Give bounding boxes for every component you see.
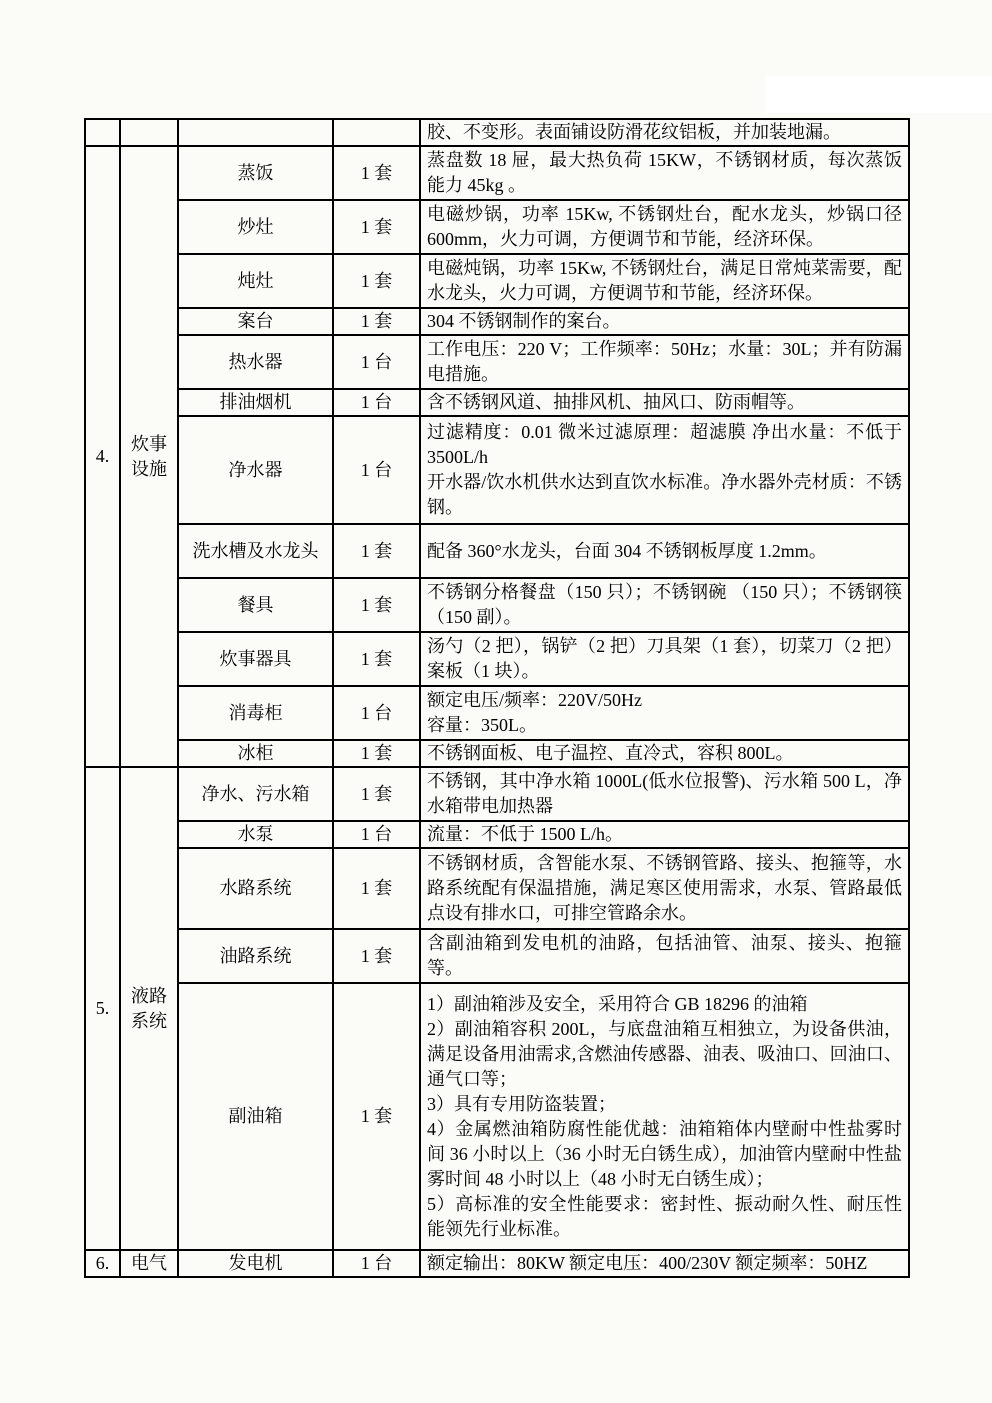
spec-row: 热水器1 台工作电压：220 V；工作频率：50Hz；水量：30L；并有防漏电措… (85, 335, 909, 389)
spec-row: 洗水槽及水龙头1 套配备 360°水龙头，台面 304 不锈钢板厚度 1.2mm… (85, 524, 909, 578)
category-cell (120, 119, 178, 146)
category-cell: 电气 (120, 1250, 178, 1277)
item-name-cell: 炖灶 (178, 254, 333, 308)
spec-row: 水泵1 台流量：不低于 1500 L/h。 (85, 821, 909, 848)
description-cell: 额定输出：80KW 额定电压：400/230V 额定频率：50HZ (420, 1250, 909, 1277)
item-name-cell: 发电机 (178, 1250, 333, 1277)
quantity-cell: 1 套 (333, 632, 420, 686)
spec-row: 案台1 套304 不锈钢制作的案台。 (85, 308, 909, 335)
quantity-cell: 1 套 (333, 848, 420, 929)
description-cell: 不锈钢分格餐盘（150 只）；不锈钢碗 （150 只）；不锈钢筷 （150 副）… (420, 578, 909, 632)
item-name-cell: 副油箱 (178, 983, 333, 1250)
spec-row: 油路系统1 套含副油箱到发电机的油路，包括油管、油泵、接头、抱箍等。 (85, 929, 909, 983)
item-name-cell (178, 119, 333, 146)
item-name-cell: 水路系统 (178, 848, 333, 929)
quantity-cell: 1 套 (333, 200, 420, 254)
quantity-cell: 1 台 (333, 686, 420, 740)
item-name-cell: 消毒柜 (178, 686, 333, 740)
item-name-cell: 净水器 (178, 416, 333, 524)
spec-row: 排油烟机1 台含不锈钢风道、抽排风机、抽风口、防雨帽等。 (85, 389, 909, 416)
description-cell: 不锈钢面板、电子温控、直冷式，容积 800L。 (420, 740, 909, 767)
item-name-cell: 案台 (178, 308, 333, 335)
description-cell: 电磁炒锅，功率 15Kw, 不锈钢灶台，配水龙头，炒锅口径 600mm，火力可调… (420, 200, 909, 254)
description-cell: 1）副油箱涉及安全，采用符合 GB 18296 的油箱 2）副油箱容积 200L… (420, 983, 909, 1250)
quantity-cell (333, 119, 420, 146)
quantity-cell: 1 台 (333, 1250, 420, 1277)
row-number-cell: 6. (85, 1250, 120, 1277)
spec-row: 水路系统1 套不锈钢材质，含智能水泵、不锈钢管路、接头、抱箍等，水路系统配有保温… (85, 848, 909, 929)
spec-row: 净水器1 台过滤精度：0.01 微米过滤原理：超滤膜 净出水量：不低于 3500… (85, 416, 909, 524)
equipment-spec-table: 胶、不变形。表面铺设防滑花纹铝板，并加装地漏。4.炊事 设施蒸饭1 套蒸盘数 1… (84, 118, 910, 1278)
description-cell: 304 不锈钢制作的案台。 (420, 308, 909, 335)
description-cell: 汤勺（2 把），锅铲（2 把）刀具架（1 套），切菜刀（2 把）案板（1 块）。 (420, 632, 909, 686)
spec-row: 消毒柜1 台额定电压/频率：220V/50Hz 容量：350L。 (85, 686, 909, 740)
quantity-cell: 1 套 (333, 929, 420, 983)
quantity-cell: 1 台 (333, 416, 420, 524)
spec-row: 餐具1 套不锈钢分格餐盘（150 只）；不锈钢碗 （150 只）；不锈钢筷 （1… (85, 578, 909, 632)
spec-row: 6.电气发电机1 台额定输出：80KW 额定电压：400/230V 额定频率：5… (85, 1250, 909, 1277)
quantity-cell: 1 台 (333, 389, 420, 416)
quantity-cell: 1 套 (333, 578, 420, 632)
row-number-cell (85, 119, 120, 146)
spec-row: 炒灶1 套电磁炒锅，功率 15Kw, 不锈钢灶台，配水龙头，炒锅口径 600mm… (85, 200, 909, 254)
carryover-row: 胶、不变形。表面铺设防滑花纹铝板，并加装地漏。 (85, 119, 909, 146)
item-name-cell: 餐具 (178, 578, 333, 632)
item-name-cell: 热水器 (178, 335, 333, 389)
spec-row: 炖灶1 套电磁炖锅，功率 15Kw, 不锈钢灶台，满足日常炖菜需要，配水龙头，火… (85, 254, 909, 308)
description-cell: 额定电压/频率：220V/50Hz 容量：350L。 (420, 686, 909, 740)
quantity-cell: 1 套 (333, 308, 420, 335)
description-cell: 配备 360°水龙头，台面 304 不锈钢板厚度 1.2mm。 (420, 524, 909, 578)
item-name-cell: 炊事器具 (178, 632, 333, 686)
row-number-cell: 5. (85, 767, 120, 1250)
quantity-cell: 1 台 (333, 821, 420, 848)
quantity-cell: 1 套 (333, 254, 420, 308)
item-name-cell: 冰柜 (178, 740, 333, 767)
quantity-cell: 1 套 (333, 767, 420, 821)
item-name-cell: 蒸饭 (178, 146, 333, 200)
item-name-cell: 洗水槽及水龙头 (178, 524, 333, 578)
spec-row: 冰柜1 套不锈钢面板、电子温控、直冷式，容积 800L。 (85, 740, 909, 767)
description-cell: 含副油箱到发电机的油路，包括油管、油泵、接头、抱箍等。 (420, 929, 909, 983)
quantity-cell: 1 套 (333, 983, 420, 1250)
description-cell: 不锈钢材质，含智能水泵、不锈钢管路、接头、抱箍等，水路系统配有保温措施，满足寒区… (420, 848, 909, 929)
spec-row: 5.液路 系统净水、污水箱1 套不锈钢，其中净水箱 1000L(低水位报警)、污… (85, 767, 909, 821)
document-page: 胶、不变形。表面铺设防滑花纹铝板，并加装地漏。4.炊事 设施蒸饭1 套蒸盘数 1… (0, 0, 992, 1403)
description-cell: 蒸盘数 18 屉，最大热负荷 15KW，不锈钢材质，每次蒸饭能力 45kg 。 (420, 146, 909, 200)
category-cell: 炊事 设施 (120, 146, 178, 767)
description-cell: 工作电压：220 V；工作频率：50Hz；水量：30L；并有防漏电措施。 (420, 335, 909, 389)
description-cell: 过滤精度：0.01 微米过滤原理：超滤膜 净出水量：不低于 3500L/h 开水… (420, 416, 909, 524)
quantity-cell: 1 台 (333, 335, 420, 389)
page-highlight-patch (765, 76, 992, 113)
quantity-cell: 1 套 (333, 740, 420, 767)
quantity-cell: 1 套 (333, 524, 420, 578)
item-name-cell: 净水、污水箱 (178, 767, 333, 821)
spec-row: 4.炊事 设施蒸饭1 套蒸盘数 18 屉，最大热负荷 15KW，不锈钢材质，每次… (85, 146, 909, 200)
item-name-cell: 炒灶 (178, 200, 333, 254)
category-cell: 液路 系统 (120, 767, 178, 1250)
item-name-cell: 油路系统 (178, 929, 333, 983)
row-number-cell: 4. (85, 146, 120, 767)
item-name-cell: 水泵 (178, 821, 333, 848)
description-cell: 电磁炖锅，功率 15Kw, 不锈钢灶台，满足日常炖菜需要，配水龙头，火力可调，方… (420, 254, 909, 308)
spec-row: 炊事器具1 套汤勺（2 把），锅铲（2 把）刀具架（1 套），切菜刀（2 把）案… (85, 632, 909, 686)
description-cell: 不锈钢，其中净水箱 1000L(低水位报警)、污水箱 500 L，净水箱带电加热… (420, 767, 909, 821)
description-cell: 流量：不低于 1500 L/h。 (420, 821, 909, 848)
description-cell: 胶、不变形。表面铺设防滑花纹铝板，并加装地漏。 (420, 119, 909, 146)
description-cell: 含不锈钢风道、抽排风机、抽风口、防雨帽等。 (420, 389, 909, 416)
spec-row: 副油箱1 套1）副油箱涉及安全，采用符合 GB 18296 的油箱 2）副油箱容… (85, 983, 909, 1250)
quantity-cell: 1 套 (333, 146, 420, 200)
item-name-cell: 排油烟机 (178, 389, 333, 416)
